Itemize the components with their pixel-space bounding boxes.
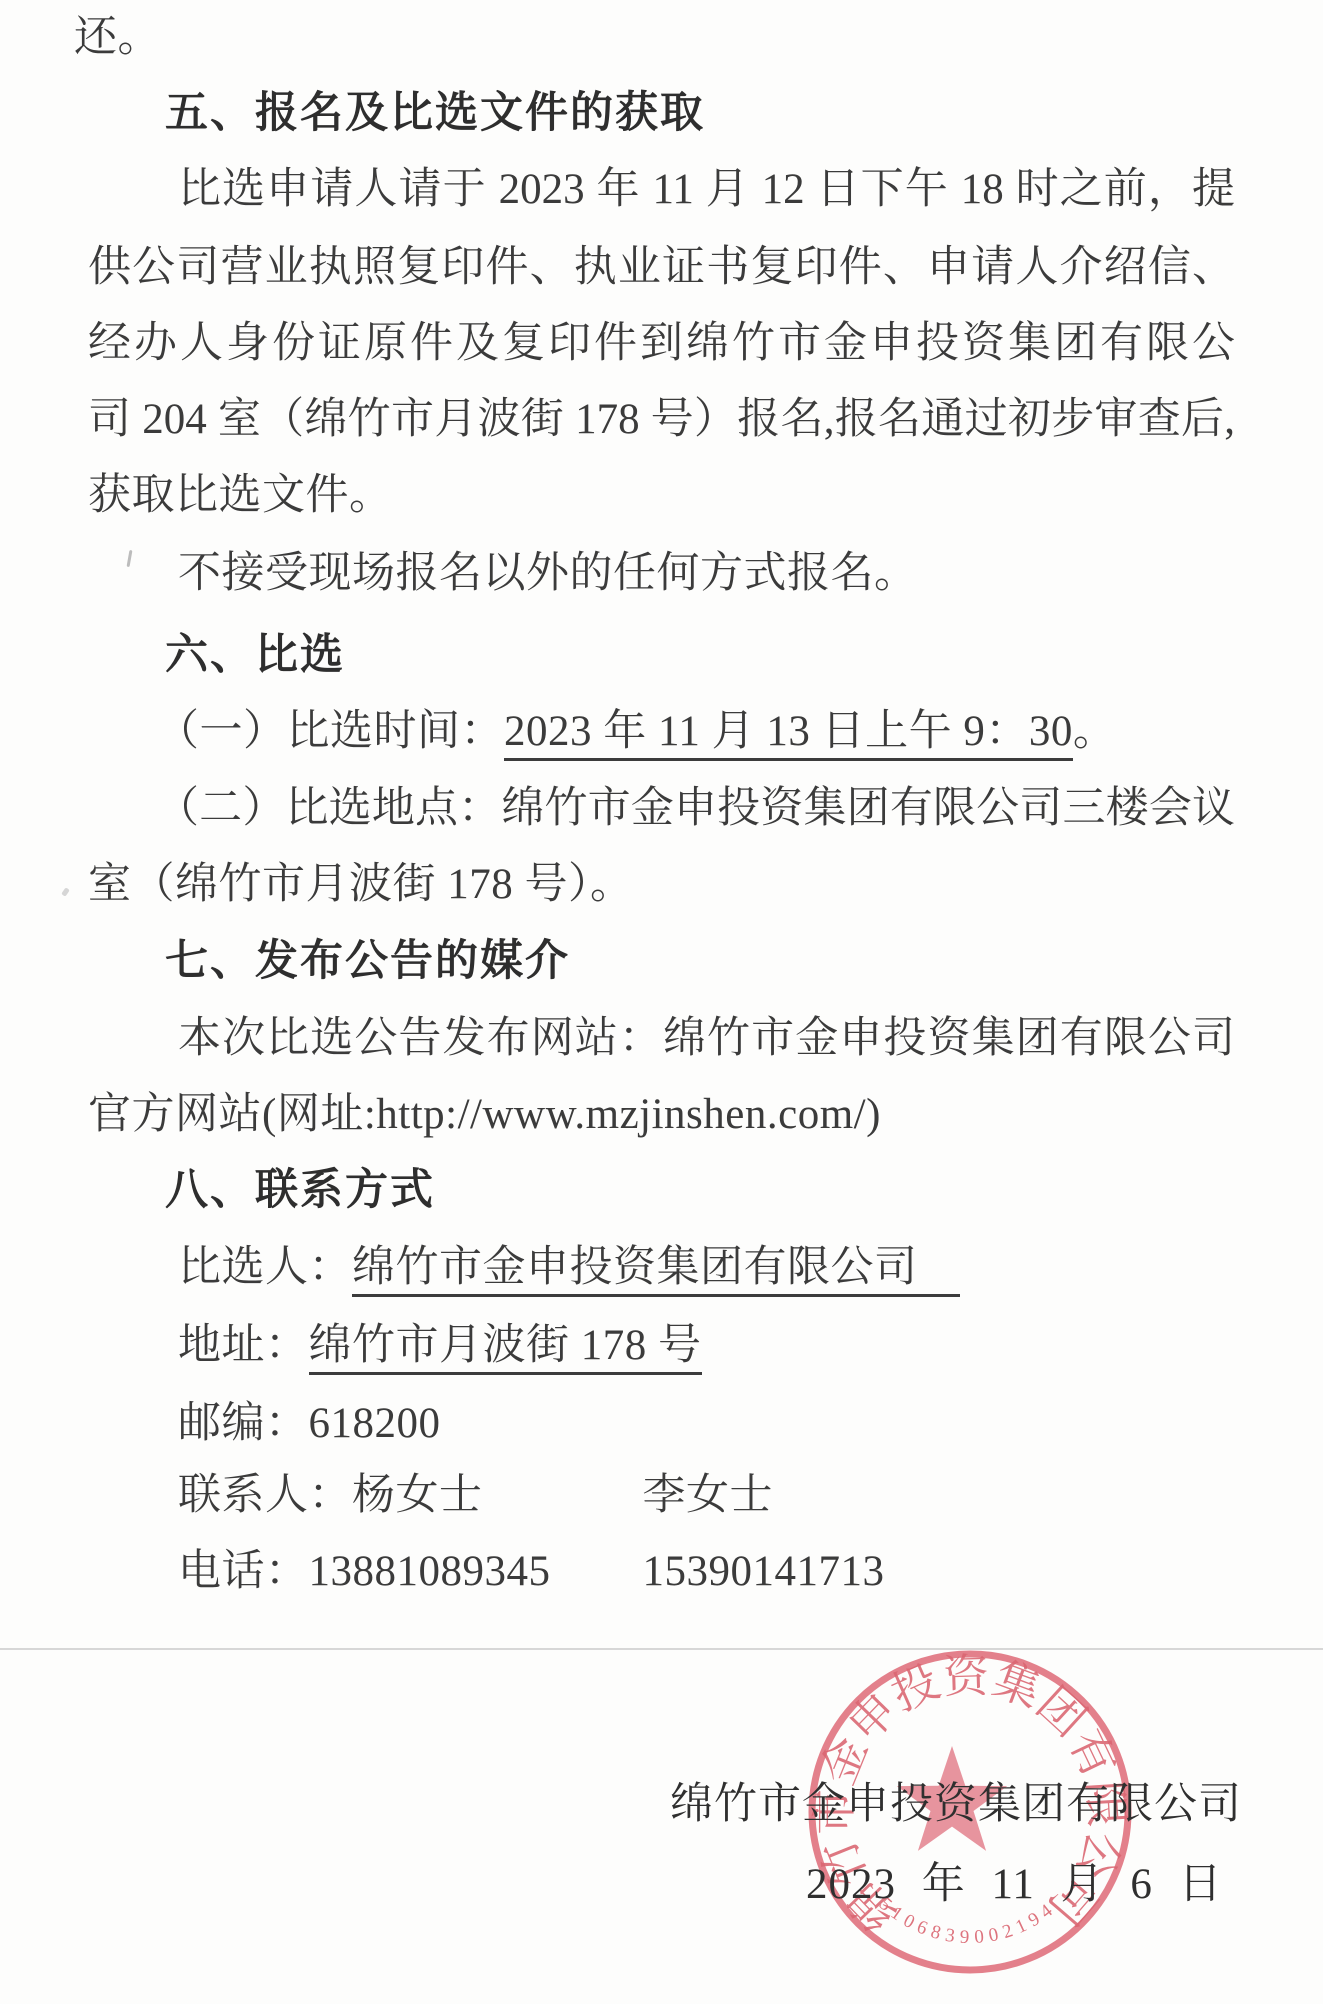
section5-paragraph-line: 比选申请人请于 2023 年 11 月 12 日下午 18 时之前，提 (178, 162, 1235, 218)
section5-paragraph-line: 司 204 室（绵竹市月波街 178 号）报名,报名通过初步审查后, (88, 392, 1235, 448)
scan-speck (127, 550, 133, 567)
address-value: 绵竹市月波街 178 号 (309, 1322, 702, 1375)
section7-heading: 七、发布公告的媒介 (165, 934, 570, 990)
section8-heading: 八、联系方式 (165, 1163, 435, 1219)
bidder-label: 比选人： (178, 1244, 352, 1291)
address-line: 地址：绵竹市月波街 178 号 (178, 1318, 702, 1374)
phone-number-1: 13881089345 (309, 1548, 551, 1595)
contacts-line: 联系人：杨女士李女士 (178, 1468, 773, 1524)
selection-time-label: （一）比选时间： (156, 708, 504, 755)
carryover-fragment: 还。 (74, 10, 161, 66)
phone-label: 电话： (178, 1548, 309, 1595)
contact-name-2: 李女士 (643, 1468, 774, 1524)
section5-heading: 五、报名及比选文件的获取 (165, 86, 705, 142)
address-label: 地址： (178, 1322, 309, 1369)
section5-paragraph-line: 经办人身份证原件及复印件到绵竹市金申投资集团有限公 (88, 316, 1235, 372)
selection-time-line: （一）比选时间：2023 年 11 月 13 日上午 9：30。 (156, 704, 1116, 760)
selection-time-value: 2023 年 11 月 13 日上午 9：30 (504, 708, 1073, 761)
phone-number-2: 15390141713 (643, 1544, 885, 1600)
postcode-label: 邮编： (178, 1400, 309, 1447)
section5-paragraph-line: 获取比选文件。 (88, 468, 393, 524)
section5-paragraph-line: 供公司营业执照复印件、执业证书复印件、申请人介绍信、 (88, 240, 1235, 296)
contacts-label: 联系人： (178, 1472, 352, 1519)
selection-place-line: （二）比选地点：绵竹市金申投资集团有限公司三楼会议 (156, 781, 1235, 837)
selection-time-period: 。 (1073, 708, 1117, 755)
scan-speck (61, 887, 70, 896)
section5-paragraph2: 不接受现场报名以外的任何方式报名。 (178, 546, 918, 602)
announcement-website-line: 本次比选公告发布网站：绵竹市金申投资集团有限公司 (178, 1011, 1235, 1067)
phone-line: 电话：1388108934515390141713 (178, 1544, 885, 1600)
signature-company: 绵竹市金申投资集团有限公司 (670, 1770, 1242, 1831)
bidder-value: 绵竹市金申投资集团有限公司 (352, 1244, 960, 1297)
signature-date: 2023 年 11 月 6 日 (806, 1850, 1223, 1911)
postcode-line: 邮编：618200 (178, 1396, 441, 1452)
announcement-url-line: 官方网站(网址:http://www.mzjinshen.com/) (88, 1087, 881, 1143)
postcode-value: 618200 (309, 1400, 441, 1447)
section6-heading: 六、比选 (165, 628, 345, 684)
contact-name-1: 杨女士 (352, 1472, 483, 1519)
scanned-document-page: 还。 五、报名及比选文件的获取 比选申请人请于 2023 年 11 月 12 日… (0, 0, 1323, 2004)
bidder-line: 比选人：绵竹市金申投资集团有限公司 (178, 1240, 960, 1296)
selection-place-line: 室（绵竹市月波街 178 号）。 (88, 857, 634, 913)
